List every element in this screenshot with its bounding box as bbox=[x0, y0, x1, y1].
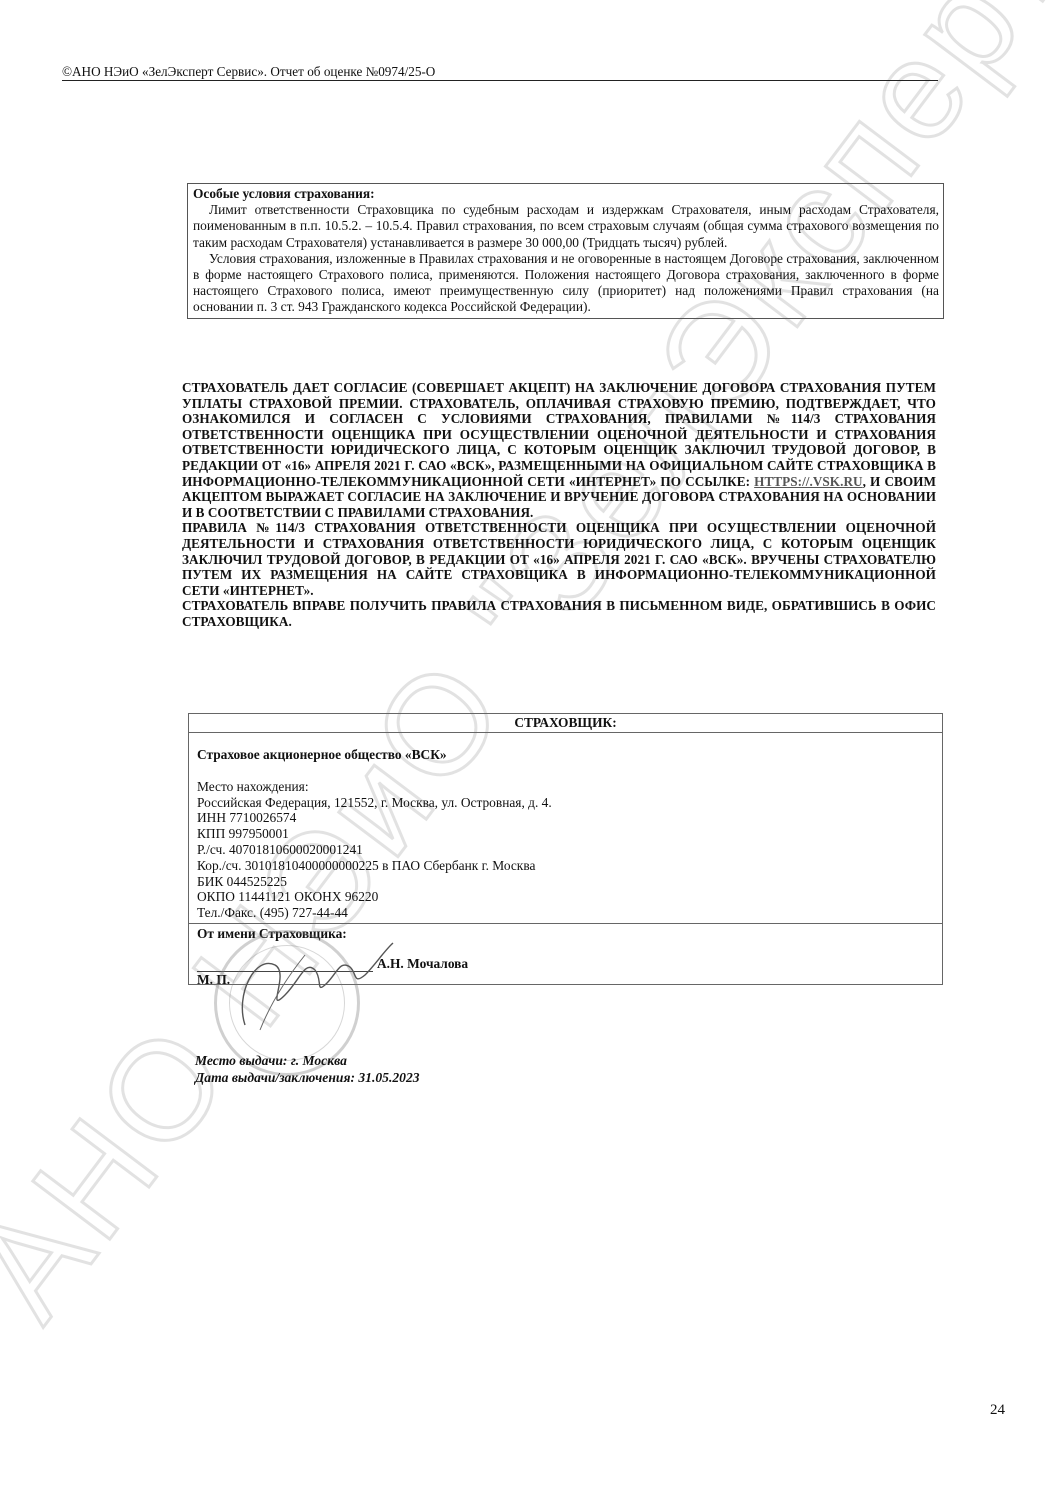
special-conditions-paragraph: Условия страхования, изложенные в Правил… bbox=[193, 251, 939, 316]
header-text: ©АНО НЭиО «ЗелЭксперт Сервис». Отчет об … bbox=[62, 64, 437, 79]
insurer-detail-line: Российская Федерация, 121552, г. Москва,… bbox=[197, 795, 934, 811]
issue-place: Место выдачи: г. Москва bbox=[195, 1053, 420, 1070]
insurer-detail-line: Кор./сч. 30101810400000000225 в ПАО Сбер… bbox=[197, 858, 934, 874]
insurer-heading: СТРАХОВЩИК: bbox=[189, 714, 942, 733]
vsk-link[interactable]: HTTPS://.VSK.RU bbox=[754, 474, 862, 489]
consent-paragraph-1: СТРАХОВАТЕЛЬ ДАЕТ СОГЛАСИЕ (СОВЕРШАЕТ АК… bbox=[182, 380, 936, 520]
page-number: 24 bbox=[990, 1402, 1005, 1419]
seal-label: М. П. bbox=[197, 972, 934, 988]
issue-info: Место выдачи: г. Москва Дата выдачи/закл… bbox=[195, 1053, 420, 1086]
insurer-detail-line: БИК 044525225 bbox=[197, 874, 934, 890]
insurer-table: СТРАХОВЩИК: Страховое акционерное общест… bbox=[188, 713, 943, 985]
insurer-detail-line: ИНН 7710026574 bbox=[197, 810, 934, 826]
special-conditions-box: Особые условия страхования: Лимит ответс… bbox=[187, 183, 944, 319]
insurer-detail-line: КПП 997950001 bbox=[197, 826, 934, 842]
insurer-company-name: Страховое акционерное общество «ВСК» bbox=[197, 747, 934, 763]
insurer-detail-line: Тел./Факс. (495) 727-44-44 bbox=[197, 905, 934, 921]
special-conditions-title: Особые условия страхования: bbox=[193, 186, 939, 202]
signature-block: От имени Страховщика: А.Н. Мочалова М. П… bbox=[189, 923, 942, 984]
on-behalf-label: От имени Страховщика: bbox=[197, 926, 934, 942]
signature-row: А.Н. Мочалова bbox=[197, 956, 934, 972]
issue-date: Дата выдачи/заключения: 31.05.2023 bbox=[195, 1070, 420, 1087]
consent-paragraph-2: ПРАВИЛА №114/3 СТРАХОВАНИЯ ОТВЕТСТВЕННОС… bbox=[182, 520, 936, 598]
consent-text: СТРАХОВАТЕЛЬ ДАЕТ СОГЛАСИЕ (СОВЕРШАЕТ АК… bbox=[182, 380, 936, 489]
insurer-details: Страховое акционерное общество «ВСК» Мес… bbox=[189, 733, 942, 923]
signature-line bbox=[197, 957, 373, 972]
insurer-detail-line: ОКПО 11441121 ОКОНХ 96220 bbox=[197, 889, 934, 905]
signer-name: А.Н. Мочалова bbox=[377, 956, 468, 972]
special-conditions-paragraph: Лимит ответственности Страховщика по суд… bbox=[193, 202, 939, 251]
page-header: ©АНО НЭиО «ЗелЭксперт Сервис». Отчет об … bbox=[62, 64, 938, 81]
insurer-detail-line: Р./сч. 40701810600020001241 bbox=[197, 842, 934, 858]
insurer-detail-line: Место нахождения: bbox=[197, 779, 934, 795]
consent-paragraph-3: СТРАХОВАТЕЛЬ ВПРАВЕ ПОЛУЧИТЬ ПРАВИЛА СТР… bbox=[182, 598, 936, 629]
consent-section: СТРАХОВАТЕЛЬ ДАЕТ СОГЛАСИЕ (СОВЕРШАЕТ АК… bbox=[182, 380, 936, 630]
